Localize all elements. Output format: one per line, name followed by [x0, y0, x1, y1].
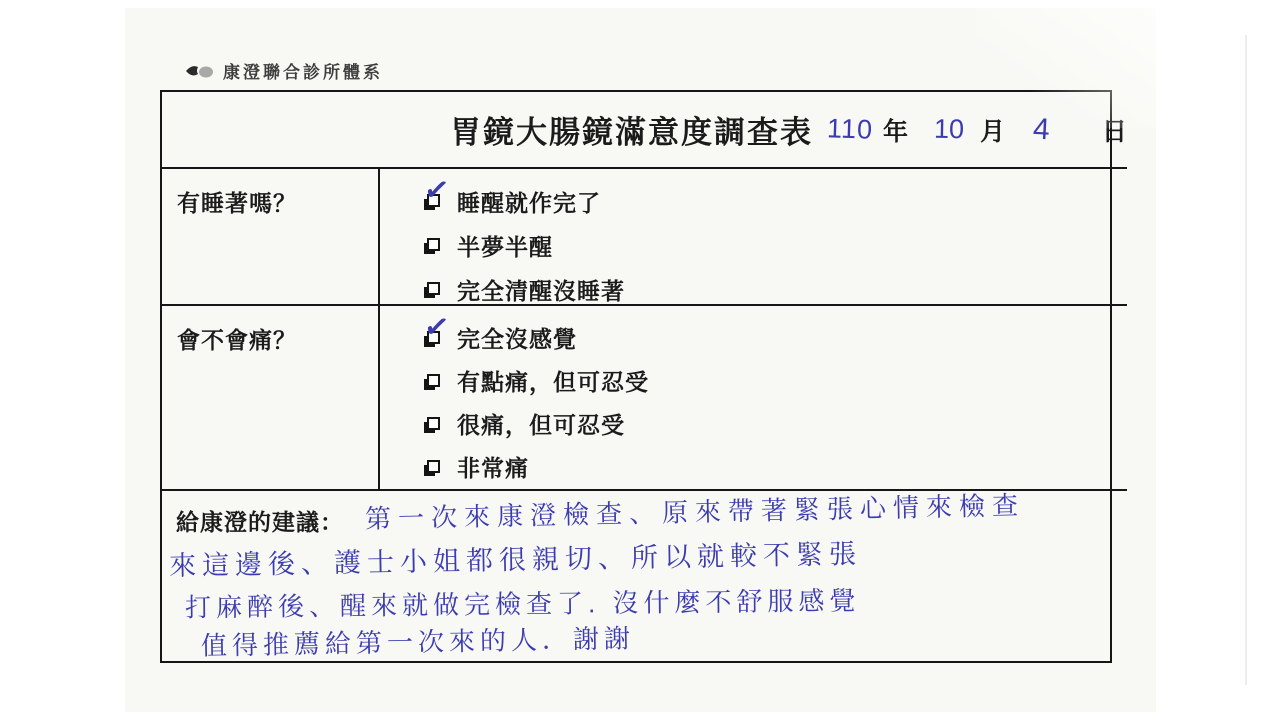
option-label: 非常痛 — [457, 450, 529, 483]
question-1-cell: 有睡著嗎？ — [162, 169, 380, 311]
handwritten-line-3: 打麻醉後、醒來就做完檢查了. 沒什麼不舒服感覺 — [185, 584, 861, 624]
question-1-label: 有睡著嗎？ — [177, 190, 297, 216]
question-2-options: ✓ 完全沒感覺 ✓ 有點痛，但可忍受 ✓ — [380, 306, 1127, 489]
option-row[interactable]: ✓ 完全沒感覺 — [380, 316, 1127, 359]
option-label: 很痛，但可忍受 — [457, 407, 625, 440]
suggestion-label: 給康澄的建議： — [176, 504, 344, 537]
title-row: 胃鏡大腸鏡滿意度調查表 110 年 10 月 4 日 — [162, 92, 1127, 167]
question-2-label: 會不會痛？ — [177, 327, 297, 353]
date-year-value[interactable]: 110 — [826, 113, 873, 146]
date-month-label: 月 — [980, 112, 1005, 148]
option-row[interactable]: ✓ 有點痛，但可忍受 — [380, 359, 1127, 402]
question-row-sleep: 有睡著嗎？ ✓ 睡醒就作完了 ✓ — [162, 167, 1127, 304]
option-row[interactable]: ✓ 半夢半醒 — [380, 223, 1127, 267]
option-label: 半夢半醒 — [457, 229, 553, 262]
clinic-logo-icon — [185, 63, 215, 79]
checkbox-wrap: ✓ — [422, 371, 442, 391]
question-2-cell: 會不會痛？ — [162, 306, 380, 489]
checkbox-icon[interactable] — [427, 417, 440, 430]
option-row[interactable]: ✓ 非常痛 — [380, 445, 1127, 488]
checkbox-wrap: ✓ — [422, 414, 442, 434]
date-month-value[interactable]: 10 — [934, 114, 965, 146]
checkbox-icon[interactable] — [427, 194, 440, 207]
date-day-value[interactable]: 4 — [1032, 112, 1050, 147]
option-row[interactable]: ✓ 睡醒就作完了 — [380, 179, 1127, 223]
checkbox-wrap: ✓ — [422, 235, 442, 255]
option-label: 完全清醒沒睡著 — [457, 273, 625, 306]
handwritten-line-1: 第一次來康澄檢查、原來帶著緊張心情來檢查 — [365, 489, 1026, 535]
checkbox-icon[interactable] — [427, 282, 440, 295]
scan-background: 康澄聯合診所體系 胃鏡大腸鏡滿意度調查表 110 年 10 月 4 日 有睡著嗎… — [0, 0, 1280, 720]
survey-table: 胃鏡大腸鏡滿意度調查表 110 年 10 月 4 日 有睡著嗎？ ✓ — [160, 90, 1112, 663]
clinic-brand: 康澄聯合診所體系 — [185, 58, 383, 83]
date-day-label: 日 — [1102, 112, 1127, 148]
checkbox-wrap: ✓ — [422, 457, 442, 477]
checkbox-icon[interactable] — [427, 331, 440, 344]
option-label: 有點痛，但可忍受 — [457, 364, 649, 397]
checkbox-wrap: ✓ — [422, 328, 442, 348]
question-1-options: ✓ 睡醒就作完了 ✓ 半夢半醒 ✓ — [380, 169, 1127, 311]
date-year-label: 年 — [883, 112, 908, 148]
handwritten-line-4: 值得推薦給第一次來的人．謝謝 — [201, 622, 636, 662]
question-row-pain: 會不會痛？ ✓ 完全沒感覺 ✓ — [162, 304, 1127, 489]
option-label: 睡醒就作完了 — [457, 185, 601, 218]
checkbox-icon[interactable] — [427, 460, 440, 473]
checkbox-icon[interactable] — [427, 238, 440, 251]
clinic-brand-text: 康澄聯合診所體系 — [223, 58, 383, 83]
scan-artifact-line — [1245, 35, 1247, 685]
checkbox-icon[interactable] — [427, 374, 440, 387]
option-row[interactable]: ✓ 很痛，但可忍受 — [380, 402, 1127, 445]
option-label: 完全沒感覺 — [457, 321, 577, 354]
handwritten-line-2: 來這邊後、護士小姐都很親切、所以就較不緊張 — [169, 538, 862, 584]
form-title: 胃鏡大腸鏡滿意度調查表 — [450, 107, 813, 152]
suggestion-row: 給康澄的建議： 第一次來康澄檢查、原來帶著緊張心情來檢查 來這邊後、護士小姐都很… — [162, 489, 1127, 663]
survey-paper: 康澄聯合診所體系 胃鏡大腸鏡滿意度調查表 110 年 10 月 4 日 有睡著嗎… — [125, 8, 1156, 712]
checkbox-wrap: ✓ — [422, 279, 442, 299]
checkbox-wrap: ✓ — [422, 191, 442, 211]
